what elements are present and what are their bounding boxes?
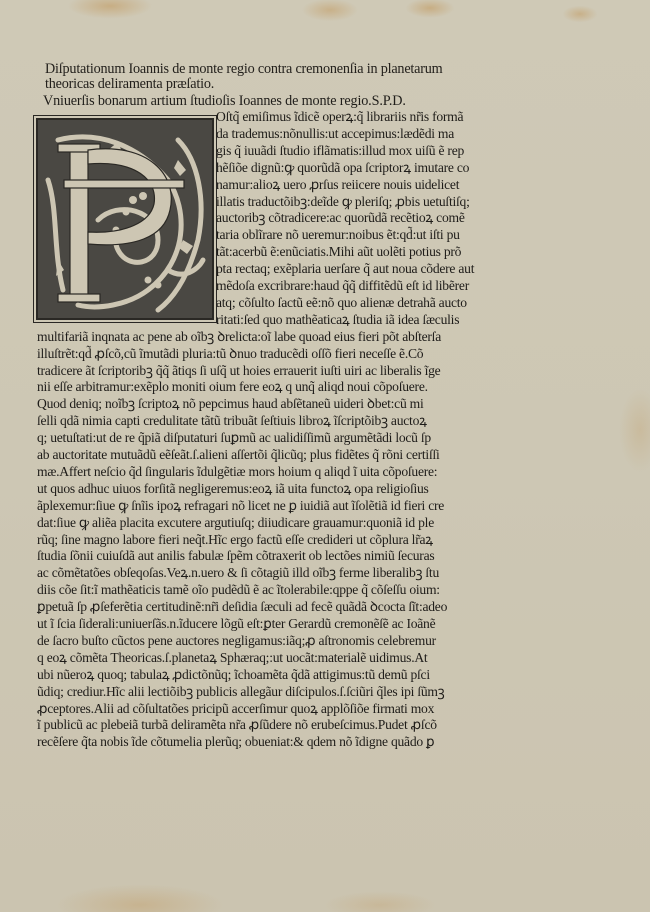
- text-line: da trademus:nõnullis:ut accepimus:lædẽdi…: [216, 126, 454, 141]
- text-line: ĩ publicũ ac plebeiã turbã deliramẽta nr…: [37, 717, 437, 732]
- text-line: pta rectaq; exẽplaria uerſare q̃ aut nou…: [216, 261, 474, 276]
- text-line: tãt:acerbũ ẽ:enũciatis.Mihi aũt uolẽti p…: [216, 244, 461, 259]
- text-line: q eoꝝ cõmẽta Theoricas.ſ.planetaꝝ Sphæra…: [37, 650, 427, 665]
- decorated-initial-p: [36, 118, 214, 320]
- text-line: nii eſſe arbitramur:exẽplo moniti oium f…: [37, 379, 428, 394]
- title-line-1: Diſputationum Ioannis de monte regio con…: [45, 62, 545, 77]
- text-line: ꝑpetuã ſp ꝓſeferẽtia certitudinẽ:nr̃i de…: [37, 599, 447, 614]
- text-line: Oſtq̃ emiſimus ĩdicẽ operꝝ:q̃ librariis …: [216, 109, 463, 124]
- text-line: namur:alioꝝ uero ꝓrſus reiicere nouis ui…: [216, 177, 459, 192]
- text-line: rũq; ſine magno labore fieri neq̃t.Hĩc e…: [37, 532, 433, 547]
- text-line: ubi nũeroꝝ quoq; tabulaꝝ ꝓdictõnũq; ĩcho…: [37, 667, 430, 682]
- title-line-2: theoricas deliramenta præſatio.: [45, 77, 545, 92]
- text-line: diis cõe ſit:ĩ mathẽaticis tamẽ oĩo pudẽ…: [37, 582, 440, 597]
- text-line: ꝓceptores.Alii ad cõſultatões pricipũ ac…: [37, 701, 434, 716]
- text-line: ac cõmẽtatões obſeqoſas.Veꝝ.n.uero & ſi …: [37, 565, 439, 580]
- text-line: mæ.Affert neſcio q̃d ſingularis ĩdulgẽti…: [37, 464, 437, 479]
- text-line: illuſtrẽt:qd̃ ꝓſcõ,cũ ĩmutãdi pluria:tũ …: [37, 346, 423, 361]
- text-line: dat:ſiue ꝙ aliẽa placita excutere arguti…: [37, 515, 434, 530]
- text-line: ſelli qdã nimia capti credulitate tãtũ t…: [37, 413, 427, 428]
- text-line: hẽſiõe dignũ:ꝙ quorũdã opa ſcriptorꝝ imu…: [216, 160, 469, 175]
- text-line: gis q̃ iuuãdi ſtudio iflãmatis:illud mox…: [216, 143, 464, 158]
- text-line: ut quos adhuc uiuos forſitã negligeremus…: [37, 481, 429, 496]
- text-line: mẽdoſa excribrare:haud q̃q̃ diffitẽdũ eſ…: [216, 278, 469, 293]
- title-heading: Diſputationum Ioannis de monte regio con…: [45, 62, 545, 92]
- text-line: ũdiq; crediur.Hĩc alii lectiõibꝫ publici…: [37, 684, 444, 699]
- text-line: ab auctoritate mutuãdũ eẽſeãt.ſ.alieni a…: [37, 447, 440, 462]
- text-line: ut ĩ ſcia ſiderali:uniuerſãs.n.ĩducere l…: [37, 616, 435, 631]
- text-line: tradicere ãt ſcriptoribꝫ q̃q̃ ãtiqs ſi u…: [37, 363, 440, 378]
- text-line: illatis traductõibꝫ:deĩde ꝙ pleriſq; ꝓbi…: [216, 194, 470, 209]
- text-line: de ſacro buſto cũctos pene auctores negl…: [37, 633, 436, 648]
- text-line: multifariã inqnata ac pene ab oĩbꝫ ꝺreli…: [37, 329, 441, 344]
- text-line: Quod deniq; noĩbꝫ ſcriptoꝝ nõ pepcimus h…: [37, 396, 424, 411]
- text-line: ritati:ſed quo mathẽaticaꝝ ſtudia iã ide…: [216, 312, 459, 327]
- text-line: atq; cõſulto ſactũ eẽ:nõ quo alienæ detr…: [216, 295, 467, 310]
- manuscript-page: Diſputationum Ioannis de monte regio con…: [0, 0, 650, 912]
- text-line: taria oblĩrare nõ ueremur:noibus ẽt:qd̃:…: [216, 227, 460, 242]
- text-line: auctoribꝫ cõtradicere:ac quorũdã recẽtio…: [216, 210, 465, 225]
- text-line: ãplexemur:ſiue ꝙ ſnĩis ipoꝝ refragari nõ…: [37, 498, 444, 513]
- text-line: ſtudia ſõnii cuiuſdã aut anilis fabulæ ſ…: [37, 548, 434, 563]
- text-line: recẽſere q̃ta nobis ĩde cõtumelia plerũq…: [37, 734, 434, 749]
- text-line: q; uetuſtati:ut de re q̃piã diſputaturi …: [37, 430, 431, 445]
- greeting-line: Vniuerſis bonarum artium ſtudioſis Ioann…: [43, 94, 406, 109]
- woodcut-initial-icon: [38, 120, 212, 318]
